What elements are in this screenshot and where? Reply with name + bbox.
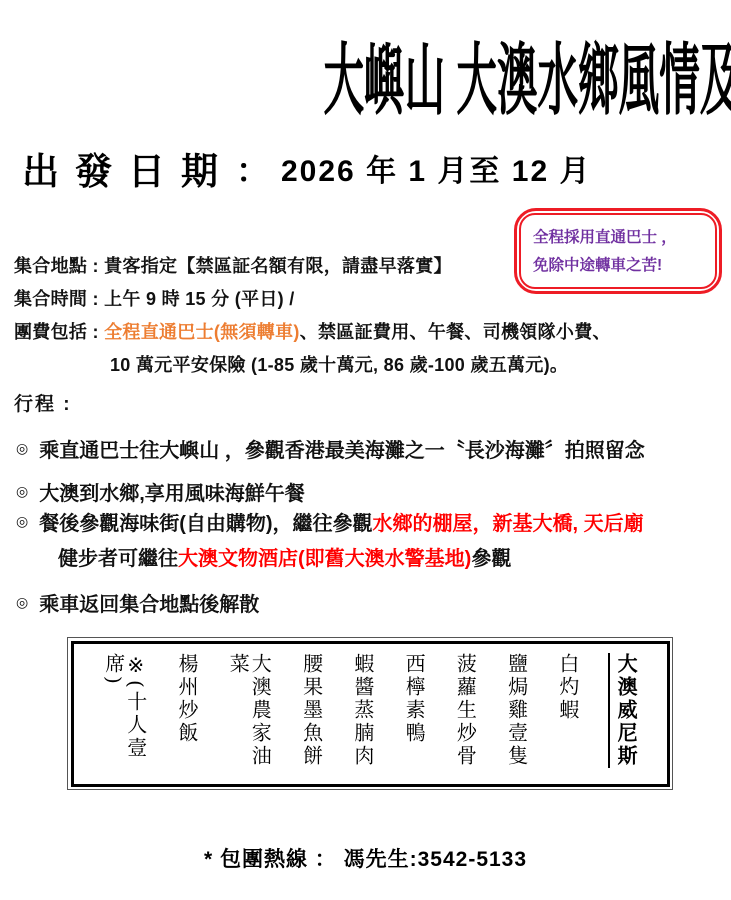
fee-rest: 、禁區証費用、午餐、司機領隊小費、 [300,322,611,342]
bullet-icon: ◎ [16,513,28,530]
itinerary-item-3-highlight: 水鄉的棚屋，新基大橋, 天后廟 [373,507,644,536]
departure-date-colon: ： [236,145,269,192]
departure-date-row: 出發日期 ： 2026 年 1 月至 12 月 [22,141,591,195]
itinerary-item-4-text: 乘車返回集合地點後解散 [39,588,259,617]
meeting-location-line: 集合地點 : 貴客指定【禁區証名額有限，請盡早落實】 [14,252,452,278]
itinerary-heading: 行程 : [14,389,72,416]
hotline: * 包團熱線 ： 馮先生:3542-5133 [0,843,731,873]
menu-box: 大澳威尼斯 白灼蝦 鹽焗雞壹隻 菠蘿生炒骨 西檸素鴨 蝦醬蒸腩肉 腰果墨魚餅 大… [67,637,673,790]
itinerary-item-1-text: 乘直通巴士往大嶼山 ，參觀香港最美海灘之一〝長沙海灘〞拍照留念 [39,434,645,463]
page-title-row: 大嶼山 大澳水鄉風情及海鮮午餐一天遊 [0,18,731,130]
departure-date-label: 出發日期 [22,141,234,195]
menu-note: ※(十人壹席) [103,653,147,784]
itinerary-item-3b-highlight: 大澳文物酒店(即舊大澳水警基地) [178,542,471,571]
menu-item: 鹽焗雞壹隻 [506,653,528,768]
menu-item: 楊州炒飯 [176,653,198,745]
callout-line-1: 全程採用直通巴士 ， [533,224,703,252]
bullet-icon: ◎ [16,483,28,500]
itinerary-item-3b-suffix: 參觀 [471,542,511,571]
menu-restaurant-name: 大澳威尼斯 [608,653,637,768]
itinerary-item-2-text: 大澳到水鄉,享用風味海鮮午餐 [39,477,305,506]
page-title: 大嶼山 大澳水鄉風情及海鮮午餐一天遊 [323,18,731,130]
tour-flyer-page: 大嶼山 大澳水鄉風情及海鮮午餐一天遊 出發日期 ： 2026 年 1 月至 12… [0,0,731,900]
itinerary-item-3b-prefix: 健步者可繼往 [58,542,178,571]
menu-item: 蝦醬蒸腩肉 [352,653,374,768]
direct-bus-callout-text: 全程採用直通巴士 ， 免除中途轉車之苦! [519,213,717,289]
fee-highlight-direct-bus: 全程直通巴士(無須轉車) [104,322,300,342]
direct-bus-callout: 全程採用直通巴士 ， 免除中途轉車之苦! [514,208,722,294]
bullet-icon: ◎ [16,440,28,457]
itinerary-item-1: ◎ 乘直通巴士往大嶼山 ，參觀香港最美海灘之一〝長沙海灘〞拍照留念 [16,434,645,463]
meeting-time-line: 集合時間 : 上午 9 時 15 分 (平日) / [14,285,295,311]
menu-item: 腰果墨魚餅 [301,653,323,768]
callout-line-2: 免除中途轉車之苦! [533,252,703,280]
itinerary-item-2: ◎ 大澳到水鄉,享用風味海鮮午餐 [16,477,305,506]
menu-item: 菠蘿生炒骨 [454,653,476,768]
itinerary-item-3-line-2: 健步者可繼往大澳文物酒店(即舊大澳水警基地)參觀 [58,542,511,571]
departure-date-value: 2026 年 1 月至 12 月 [281,146,591,190]
fee-includes-line: 團費包括 : 全程直通巴士(無須轉車)、禁區証費用、午餐、司機領隊小費、 [14,318,611,344]
itinerary-item-3: ◎ 餐後參觀海味街(自由購物)，繼往參觀水鄉的棚屋，新基大橋, 天后廟 [16,507,644,536]
menu-item: 西檸素鴨 [403,653,425,745]
itinerary-item-3-prefix: 餐後參觀海味街(自由購物)，繼往參觀 [39,507,372,536]
fee-prefix: 團費包括 : [14,322,104,342]
menu-box-inner: 大澳威尼斯 白灼蝦 鹽焗雞壹隻 菠蘿生炒骨 西檸素鴨 蝦醬蒸腩肉 腰果墨魚餅 大… [71,641,670,787]
bullet-icon: ◎ [16,594,28,611]
menu-item: 白灼蝦 [557,653,579,722]
insurance-line: 10 萬元平安保險 (1-85 歲十萬元, 86 歲-100 歲五萬元)。 [110,351,568,377]
itinerary-item-4: ◎ 乘車返回集合地點後解散 [16,588,259,617]
menu-item: 大澳農家油菜 [227,653,271,784]
